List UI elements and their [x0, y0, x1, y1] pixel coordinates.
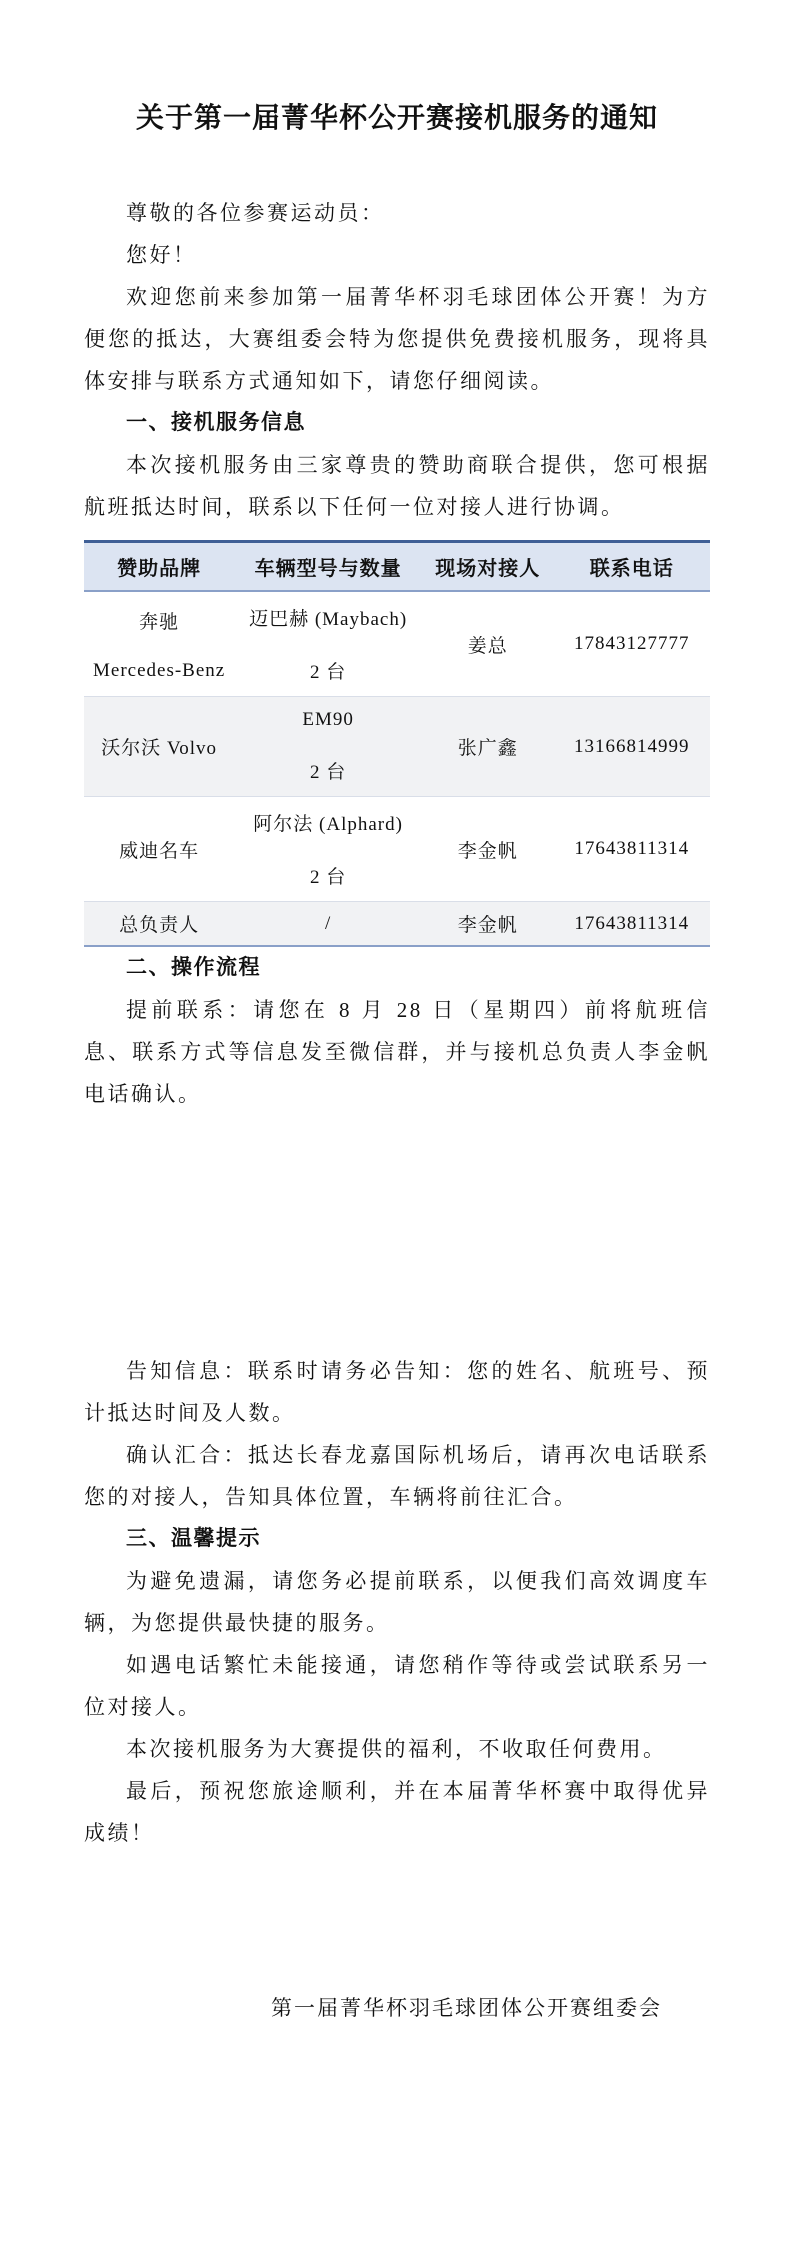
brand-cell: 总负责人 [84, 902, 234, 947]
vehicle-cell: / [234, 902, 422, 947]
phone-cell: 17643811314 [553, 797, 710, 902]
intro-paragraph: 欢迎您前来参加第一届菁华杯羽毛球团体公开赛！为方便您的抵达，大赛组委会特为您提供… [84, 276, 710, 402]
header-contact: 现场对接人 [422, 542, 553, 592]
table-row: 奔驰 Mercedes-Benz 迈巴赫 (Maybach) 2 台 姜总 17… [84, 591, 710, 697]
brand-cn: 奔驰 [88, 607, 230, 634]
section2-paragraph-1: 提前联系：请您在 8 月 28 日（星期四）前将航班信息、联系方式等信息发至微信… [84, 989, 710, 1115]
greeting-line: 您好！ [84, 234, 710, 276]
vehicle-model: EM90 [238, 709, 418, 731]
section2-heading: 二、操作流程 [84, 947, 710, 989]
vehicle-cell: 迈巴赫 (Maybach) 2 台 [234, 591, 422, 697]
header-brand: 赞助品牌 [84, 542, 234, 592]
contact-cell: 姜总 [422, 591, 553, 697]
vehicle-model: 迈巴赫 (Maybach) [238, 604, 418, 631]
blank-gap [84, 1115, 710, 1350]
contact-cell: 李金帆 [422, 797, 553, 902]
header-vehicle: 车辆型号与数量 [234, 542, 422, 592]
vehicle-model: 阿尔法 (Alphard) [238, 809, 418, 836]
table-row: 总负责人 / 李金帆 17643811314 [84, 902, 710, 947]
signature-line: 第一届菁华杯羽毛球团体公开赛组委会 [84, 1987, 710, 2029]
section3-heading: 三、温馨提示 [84, 1518, 710, 1560]
section1-heading: 一、接机服务信息 [84, 402, 710, 444]
brand-en: Mercedes-Benz [88, 660, 230, 682]
table-row: 沃尔沃 Volvo EM90 2 台 张广鑫 13166814999 [84, 697, 710, 797]
section1-lead: 本次接机服务由三家尊贵的赞助商联合提供，您可根据航班抵达时间，联系以下任何一位对… [84, 444, 710, 528]
table-header-row: 赞助品牌 车辆型号与数量 现场对接人 联系电话 [84, 542, 710, 592]
section3-paragraph-3: 本次接机服务为大赛提供的福利，不收取任何费用。 [84, 1728, 710, 1770]
brand-cell: 威迪名车 [84, 797, 234, 902]
section3-paragraph-4: 最后，预祝您旅途顺利，并在本届菁华杯赛中取得优异成绩！ [84, 1770, 710, 1854]
phone-cell: 13166814999 [553, 697, 710, 797]
notice-document: 关于第一届菁华杯公开赛接机服务的通知 尊敬的各位参赛运动员： 您好！ 欢迎您前来… [0, 0, 794, 2029]
header-phone: 联系电话 [553, 542, 710, 592]
section3-paragraph-1: 为避免遗漏，请您务必提前联系，以便我们高效调度车辆，为您提供最快捷的服务。 [84, 1560, 710, 1644]
contact-cell: 张广鑫 [422, 697, 553, 797]
page-title: 关于第一届菁华杯公开赛接机服务的通知 [84, 100, 710, 137]
brand-cell: 沃尔沃 Volvo [84, 697, 234, 797]
section3-paragraph-2: 如遇电话繁忙未能接通，请您稍作等待或尝试联系另一位对接人。 [84, 1644, 710, 1728]
vehicle-count: 2 台 [238, 757, 418, 784]
section2-paragraph-2: 告知信息：联系时请务必告知：您的姓名、航班号、预计抵达时间及人数。 [84, 1350, 710, 1434]
contact-cell: 李金帆 [422, 902, 553, 947]
section2-paragraph-3: 确认汇合：抵达长春龙嘉国际机场后，请再次电话联系您的对接人，告知具体位置，车辆将… [84, 1434, 710, 1518]
pickup-service-table: 赞助品牌 车辆型号与数量 现场对接人 联系电话 奔驰 Mercedes-Benz… [84, 540, 710, 947]
phone-cell: 17643811314 [553, 902, 710, 947]
vehicle-cell: 阿尔法 (Alphard) 2 台 [234, 797, 422, 902]
phone-cell: 17843127777 [553, 591, 710, 697]
vehicle-count: 2 台 [238, 657, 418, 684]
salutation-line: 尊敬的各位参赛运动员： [84, 192, 710, 234]
table-row: 威迪名车 阿尔法 (Alphard) 2 台 李金帆 17643811314 [84, 797, 710, 902]
vehicle-cell: EM90 2 台 [234, 697, 422, 797]
brand-cell: 奔驰 Mercedes-Benz [84, 591, 234, 697]
vehicle-count: 2 台 [238, 862, 418, 889]
